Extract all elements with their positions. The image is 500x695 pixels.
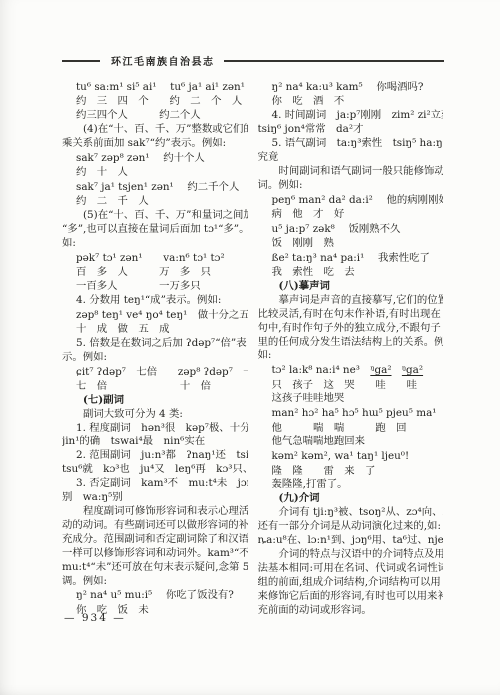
gloss-line: 病 他 才 好 (258, 208, 444, 222)
phon-line: zəp⁸ teŋ¹ ve⁴ ŋo⁴ teŋ¹ 做十分之五 (62, 308, 248, 323)
gloss-line: 七 倍 十 倍 (62, 380, 248, 394)
phon-line: pək⁷ tɔ¹ zən¹ va:n⁶ tɔ¹ tɔ² (62, 251, 248, 266)
item-line: 1. 程度副词 hən³很 kəp⁷极、十分 (62, 422, 248, 436)
head-line: (九)介词 (258, 492, 444, 506)
cont-line: 来修饰它后面的形容词,有时也可以用来补 (258, 590, 444, 604)
cont-line: 别 wa:ŋ⁵别 (62, 491, 248, 505)
cont-line: tsu⁶就 kɔ³也 ju⁴又 leŋ⁶再 kɔ³只、仅 (62, 463, 248, 477)
para-line: 时间副词和语气副词一般只能修饰动 (258, 165, 444, 179)
scanned-page: 环江毛南族自治县志 tu⁶ sa:m¹ si⁵ ai¹ tu⁶ ja¹ ai¹ … (0, 0, 500, 695)
cont-line: 词。例如: (258, 179, 444, 193)
cont-line: 比较灵活,有时在句末作补语,有时出现在 (258, 308, 444, 322)
right-column: ŋ² na⁴ ka:u³ kam⁵ 你喝酒吗?你 吃 酒 不4. 时间副词 ja… (258, 80, 444, 618)
gloss-line: 约 十 人 (62, 166, 248, 180)
head-line: (八)摹声词 (258, 280, 444, 294)
para-line: 介词的特点与汉语中的介词特点及用 (258, 548, 444, 562)
cont-line: 调。例如: (62, 575, 248, 589)
book-title: 环江毛南族自治县志 (111, 53, 215, 68)
underlined-phonetic: ᵑga² (370, 364, 391, 376)
gloss-line: 只 孩子 这 哭 哇 哇 (258, 379, 444, 393)
cont-line: 句中,有时作句子外的独立成分,不跟句子 (258, 322, 444, 336)
cn-line: 这孩子哇哇地哭 (258, 392, 444, 406)
para-line: (4)在“十、百、千、万”整数或它们的相 (62, 123, 248, 137)
para-line: 副词大致可分为 4 类: (62, 408, 248, 422)
phonetic-segment (392, 364, 402, 376)
cont-line: 充前面的动词或形容词。 (258, 604, 444, 618)
phon-line: peŋ⁶ man² da² da:i² 他的病刚刚好 (258, 193, 444, 208)
cont-line: 组的前面,组成介词结构,介词结构可以用 (258, 576, 444, 590)
phon-line: ße² ta:ŋ³ na⁴ pa:i¹ 我索性吃了 (258, 251, 444, 266)
cont-line: 如: (258, 349, 444, 363)
gloss-line: 我 索性 吃 去 (258, 266, 444, 280)
cont-line: 示。例如: (62, 351, 248, 365)
gloss-line: 十 成 做 五 成 (62, 323, 248, 337)
left-column: tu⁶ sa:m¹ si⁵ ai¹ tu⁶ ja¹ ai¹ zən¹约 三 四 … (62, 80, 248, 618)
phon-line: tɔ² la:k⁸ na:i⁴ ne³ ᵑga² ᵑga² (258, 363, 444, 378)
phon-line: kəm² kəm², wa¹ taŋ¹ ljeu⁰! (258, 449, 444, 464)
cont-line: 一样可以修饰形容词和动词外。kam³“不” (62, 547, 248, 561)
phon-line: ŋ² na⁴ u⁵ mu:i⁵ 你吃了饭没有? (62, 588, 248, 603)
phonetic-segment: tɔ² la:k⁸ na:i⁴ ne³ (272, 364, 371, 376)
item-line: 4. 时间副词 ja:p⁷刚刚 zim² zi²立刻 (258, 109, 444, 123)
cont-line: tsiŋ⁶ jon⁴常常 da²才 (258, 123, 444, 137)
item-line: 3. 否定副词 kam³不 mu:t⁴未 jɔŋ⁶ (62, 477, 248, 491)
phon-line: ɕit⁷ ʔdəp⁷ 七倍 zəp⁸ ʔdəp⁷ 十倍 (62, 365, 248, 380)
phon-line: ŋ² na⁴ ka:u³ kam⁵ 你喝酒吗? (258, 80, 444, 95)
para-line: 介词有 tji:ŋ³被、tsoŋ²从、zɔ⁴向、zɔ⁴往, (258, 506, 444, 520)
header-rule-left (62, 60, 100, 62)
cont-line: 乘关系前面加 sak⁷“约”表示。例如: (62, 137, 248, 151)
cn-line: 约三四个人 约二个人 (62, 109, 248, 123)
para-line: 程度副词可修饰形容词和表示心理活 (62, 505, 248, 519)
para-line: (5)在“十、百、千、万”和量词之间加 tɔ¹ (62, 209, 248, 223)
page-number: — 934 — (64, 612, 126, 624)
page-header: 环江毛南族自治县志 (62, 54, 444, 67)
cn-line: 一百多人 一万多只 (62, 280, 248, 294)
head-line: (七)副词 (62, 394, 248, 408)
phon-line: sak⁷ ja¹ tsjen¹ zən¹ 约二千个人 (62, 180, 248, 195)
gloss-line: 你 吃 酒 不 (258, 95, 444, 109)
cont-line: 还有一部分介词是从动词演化过来的,如: (258, 520, 444, 534)
cont-line: 里的任何成分发生语法结构上的关系。例 (258, 336, 444, 350)
para-line: 摹声词是声音的直接摹写,它们的位置 (258, 294, 444, 308)
gloss-line: 约 三 四 个 约 二 个 人 (62, 95, 248, 109)
gloss-line: 他 喘 喘 跑 回 (258, 422, 444, 436)
item-line: 5. 语气副词 ta:ŋ³索性 tsiŋ⁵ ha:ŋ⁵ (258, 137, 444, 151)
cn-line: 他气急喘喘地跑回来 (258, 435, 444, 449)
cont-line: “多”,也可以直接在量词后面加 tɔ¹“多”。例 (62, 223, 248, 237)
cont-line: 如: (62, 237, 248, 251)
phon-line: tu⁶ sa:m¹ si⁵ ai¹ tu⁶ ja¹ ai¹ zən¹ (62, 80, 248, 95)
cont-line: 究竟 (258, 151, 444, 165)
gloss-line: 约 二 千 人 (62, 195, 248, 209)
item-line: 4. 分数用 teŋ¹“成”表示。例如: (62, 294, 248, 308)
gloss-line: 百 多 人 万 多 只 (62, 266, 248, 280)
item-line: 5. 倍数是在数词之后加 ʔdəp⁷“倍”表 (62, 337, 248, 351)
gloss-line: 饭 刚刚 熟 (258, 237, 444, 251)
cont-line: 法基本相同:可用在名词、代词或名词性词 (258, 562, 444, 576)
cont-line: mu:t⁴“未”还可放在句末表示疑问,念第 5 (62, 561, 248, 575)
underlined-phonetic: ᵑga² (402, 364, 423, 376)
phon-line: man² hɔ² ha⁵ hɔ⁵ hɯ⁵ pjeu⁵ ma¹ (258, 406, 444, 421)
cn-line: 轰隆隆,打雷了。 (258, 478, 444, 492)
phon-line: sak⁷ zəp⁸ zən¹ 约十个人 (62, 151, 248, 166)
page-content: tu⁶ sa:m¹ si⁵ ai¹ tu⁶ ja¹ ai¹ zən¹约 三 四 … (62, 80, 443, 618)
cont-line: ȵa:u⁸在、lɔ:n¹到、jɔŋ⁶用、ta⁶过、njem²跟。 (258, 534, 444, 548)
phon-line: u⁵ ja:p⁷ zək⁸ 饭刚熟不久 (258, 222, 444, 237)
header-rule-right (224, 60, 445, 62)
cont-line: 动的动词。有些副词还可以做形容词的补 (62, 519, 248, 533)
gloss-line: 隆 隆 雷 来 了 (258, 465, 444, 479)
item-line: 2. 范围副词 ju:n³都 ʔnaŋ¹还 tsi³、 (62, 449, 248, 463)
cont-line: jin¹的确 tswai⁴最 nin⁶实在 (62, 435, 248, 449)
cont-line: 充成分。范围副词和否定副词除了和汉语 (62, 533, 248, 547)
